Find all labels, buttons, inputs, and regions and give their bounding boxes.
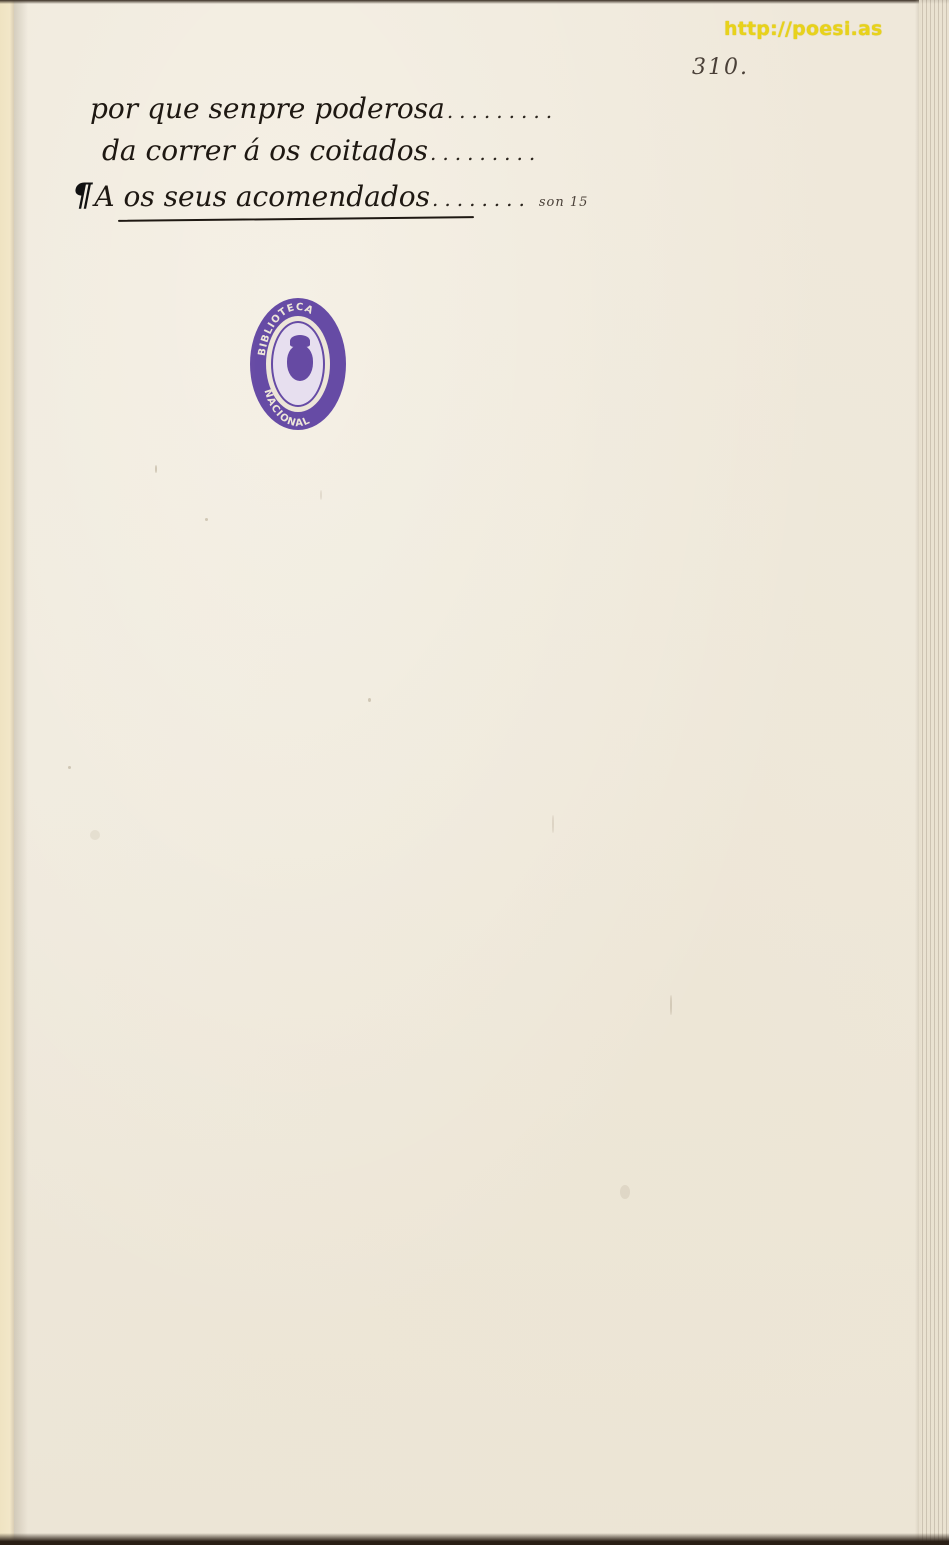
stamp-text-bottom: NACIONAL [261,388,312,429]
leader-dots: ......... [430,141,541,165]
paper-mark [205,518,208,521]
binding-left-edge [0,0,14,1545]
leader-dots: ......... [447,99,558,123]
paper-mark [368,698,371,702]
paper-mark [620,1185,630,1199]
paper-mark [90,830,100,840]
stamp-lettering: BIBLIOTECA NACIONAL [250,298,346,430]
watermark-link[interactable]: http://poesi.as [724,18,882,40]
paper-mark [552,815,554,833]
verse-line: da correr á os coitados......... [72,134,732,176]
stacked-page-edges [919,0,949,1545]
paper-mark [320,490,322,500]
verse-text: por que senpre poderosa [90,92,445,125]
manuscript-text: por que senpre poderosa......... da corr… [72,92,732,218]
verse-text: A os seus acomendados [94,180,430,213]
verse-text: da correr á os coitados [102,134,428,167]
margin-annotation: son 15 [539,195,589,210]
svg-text:BIBLIOTECA: BIBLIOTECA [257,302,316,357]
verse-line: por que senpre poderosa......... [72,92,732,134]
top-edge [0,0,949,4]
paper-mark [670,995,672,1015]
bottom-edge [0,1533,949,1545]
folio-number: 310. [692,55,749,80]
manuscript-page: http://poesi.as 310. por que senpre pode… [0,0,949,1545]
leader-dots: ........ [432,187,531,211]
paper-mark [68,766,71,769]
binding-shadow [14,0,28,1545]
pilcrow-icon: ¶ [72,176,92,214]
library-stamp: BIBLIOTECA NACIONAL [250,298,346,430]
verse-line: ¶A os seus acomendados........son 15 [72,176,732,218]
svg-text:NACIONAL: NACIONAL [261,388,312,429]
paper-mark [155,465,157,473]
stamp-text-top: BIBLIOTECA [257,302,316,357]
